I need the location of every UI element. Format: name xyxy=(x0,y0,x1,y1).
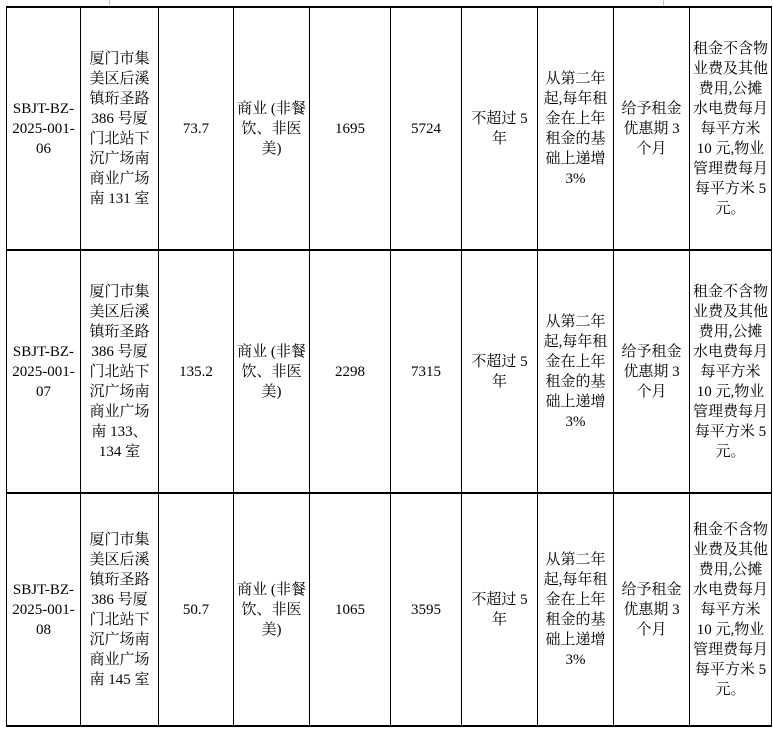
cell-area: 50.7 xyxy=(159,493,234,726)
table-row: SBJT-BZ-2025-001-06 厦门市集美区后溪镇珩圣路 386 号厦门… xyxy=(7,7,772,250)
cell-listing-id: SBJT-BZ-2025-001-08 xyxy=(7,493,81,726)
cell-amount-2: 7315 xyxy=(391,250,462,493)
cell-rent-incentive: 给予租金优惠期 3 个月 xyxy=(614,493,690,726)
cell-escalation-terms: 从第二年起,每年租金在上年租金的基础上递增 3% xyxy=(538,493,614,726)
cell-fee-notes: 租金不含物业费及其他费用,公摊水电费每月每平方米 10 元,物业管理费每月每平方… xyxy=(690,7,772,250)
table-row: SBJT-BZ-2025-001-08 厦门市集美区后溪镇珩圣路 386 号厦门… xyxy=(7,493,772,726)
cell-address: 厦门市集美区后溪镇珩圣路 386 号厦门北站下沉广场南商业广场南 133、134… xyxy=(81,250,159,493)
cell-rent-incentive: 给予租金优惠期 3 个月 xyxy=(614,7,690,250)
cell-usage: 商业 (非餐饮、非医美) xyxy=(234,250,310,493)
cell-amount-2: 3595 xyxy=(391,493,462,726)
cell-lease-term: 不超过 5 年 xyxy=(462,493,538,726)
cell-amount-1: 1065 xyxy=(310,493,391,726)
cell-amount-1: 2298 xyxy=(310,250,391,493)
cell-usage: 商业 (非餐饮、非医美) xyxy=(234,493,310,726)
table-row: SBJT-BZ-2025-001-07 厦门市集美区后溪镇珩圣路 386 号厦门… xyxy=(7,250,772,493)
cell-usage: 商业 (非餐饮、非医美) xyxy=(234,7,310,250)
cell-area: 135.2 xyxy=(159,250,234,493)
cell-fee-notes: 租金不含物业费及其他费用,公摊水电费每月每平方米 10 元,物业管理费每月每平方… xyxy=(690,250,772,493)
cell-lease-term: 不超过 5 年 xyxy=(462,7,538,250)
lease-listings-table: SBJT-BZ-2025-001-06 厦门市集美区后溪镇珩圣路 386 号厦门… xyxy=(6,6,772,727)
cell-address: 厦门市集美区后溪镇珩圣路 386 号厦门北站下沉广场南商业广场南 131 室 xyxy=(81,7,159,250)
cell-amount-2: 5724 xyxy=(391,7,462,250)
cell-rent-incentive: 给予租金优惠期 3 个月 xyxy=(614,250,690,493)
cell-lease-term: 不超过 5 年 xyxy=(462,250,538,493)
cell-escalation-terms: 从第二年起,每年租金在上年租金的基础上递增 3% xyxy=(538,7,614,250)
cell-address: 厦门市集美区后溪镇珩圣路 386 号厦门北站下沉广场南商业广场南 145 室 xyxy=(81,493,159,726)
cell-fee-notes: 租金不含物业费及其他费用,公摊水电费每月每平方米 10 元,物业管理费每月每平方… xyxy=(690,493,772,726)
cell-listing-id: SBJT-BZ-2025-001-06 xyxy=(7,7,81,250)
cell-listing-id: SBJT-BZ-2025-001-07 xyxy=(7,250,81,493)
cell-amount-1: 1695 xyxy=(310,7,391,250)
document-page: { "colors": { "background": "#ffffff", "… xyxy=(0,0,773,743)
cell-area: 73.7 xyxy=(159,7,234,250)
cell-escalation-terms: 从第二年起,每年租金在上年租金的基础上递增 3% xyxy=(538,250,614,493)
